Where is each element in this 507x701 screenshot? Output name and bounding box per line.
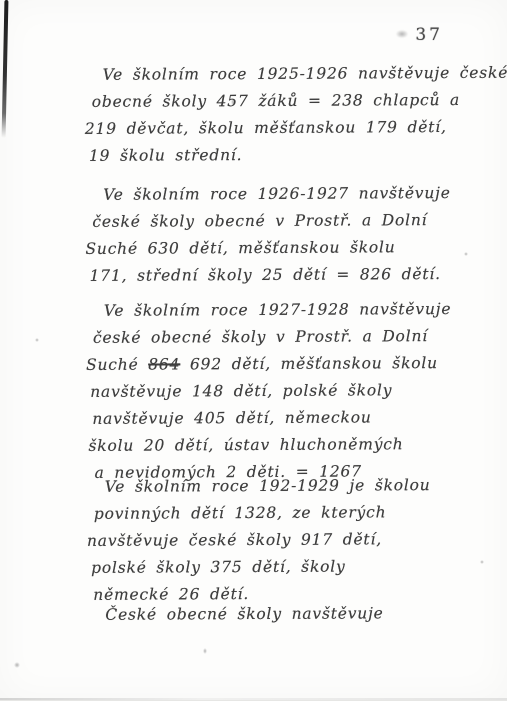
handwritten-line: české obecné školy v Prostř. a Dolní (93, 323, 474, 352)
handwritten-line: 19 školu střední. (89, 141, 473, 170)
handwritten-line: navštěvuje 148 dětí, polské školy (90, 377, 474, 406)
handwritten-line: povinných dětí 1328, ze kterých (94, 499, 475, 528)
handwritten-line: navštěvuje 405 dětí, německou (92, 404, 474, 433)
handwritten-line: Ve školním roce 1927-1928 navštěvuje (104, 296, 474, 325)
handwritten-line: české školy obecné v Prostř. a Dolní (92, 207, 473, 236)
handwritten-line: obecné školy 457 žáků = 238 chlapců a (92, 87, 473, 116)
paragraph-1927-1928: Ve školním roce 1927-1928 navštěvuječesk… (84, 296, 475, 487)
handwritten-line: Ve školním roce 1926-1927 navštěvuje (103, 180, 473, 209)
handwritten-line: školu 20 dětí, ústav hluchoněmých (88, 431, 474, 460)
handwritten-line: Ve školním roce 1925-1926 navštěvuje čes… (102, 60, 472, 89)
handwritten-line: polské školy 375 dětí, školy (91, 553, 475, 582)
handwritten-line: Suché 630 dětí, měšťanskou školu (85, 234, 473, 263)
handwritten-text-block: Ve školním roce 1925-1926 navštěvuje čes… (0, 0, 507, 701)
handwritten-line: 171, střední školy 25 dětí = 826 dětí. (90, 261, 474, 290)
handwritten-line: navštěvuje české školy 917 dětí, (87, 526, 475, 555)
paragraph-closing-line: České obecné školy navštěvuje (85, 600, 475, 629)
handwritten-line: Suché 864 692 dětí, měšťanskou školu (86, 350, 474, 379)
handwritten-line: Ve školním roce 192-1929 je školou (105, 472, 475, 501)
paragraph-1925-1926: Ve školním roce 1925-1926 navštěvuje čes… (82, 60, 473, 170)
handwritten-line: 219 děvčat, školu měšťanskou 179 dětí, (85, 114, 473, 143)
paragraph-1928-1929: Ve školním roce 192-1929 je školoupovinn… (85, 472, 476, 609)
scanned-chronicle-page: 37 Ve školním roce 1925-1926 navštěvuje … (0, 0, 507, 701)
struck-through-number: 864 (148, 355, 180, 373)
handwritten-line: České obecné školy navštěvuje (105, 600, 475, 629)
paragraph-1926-1927: Ve školním roce 1926-1927 navštěvuječesk… (83, 180, 474, 290)
